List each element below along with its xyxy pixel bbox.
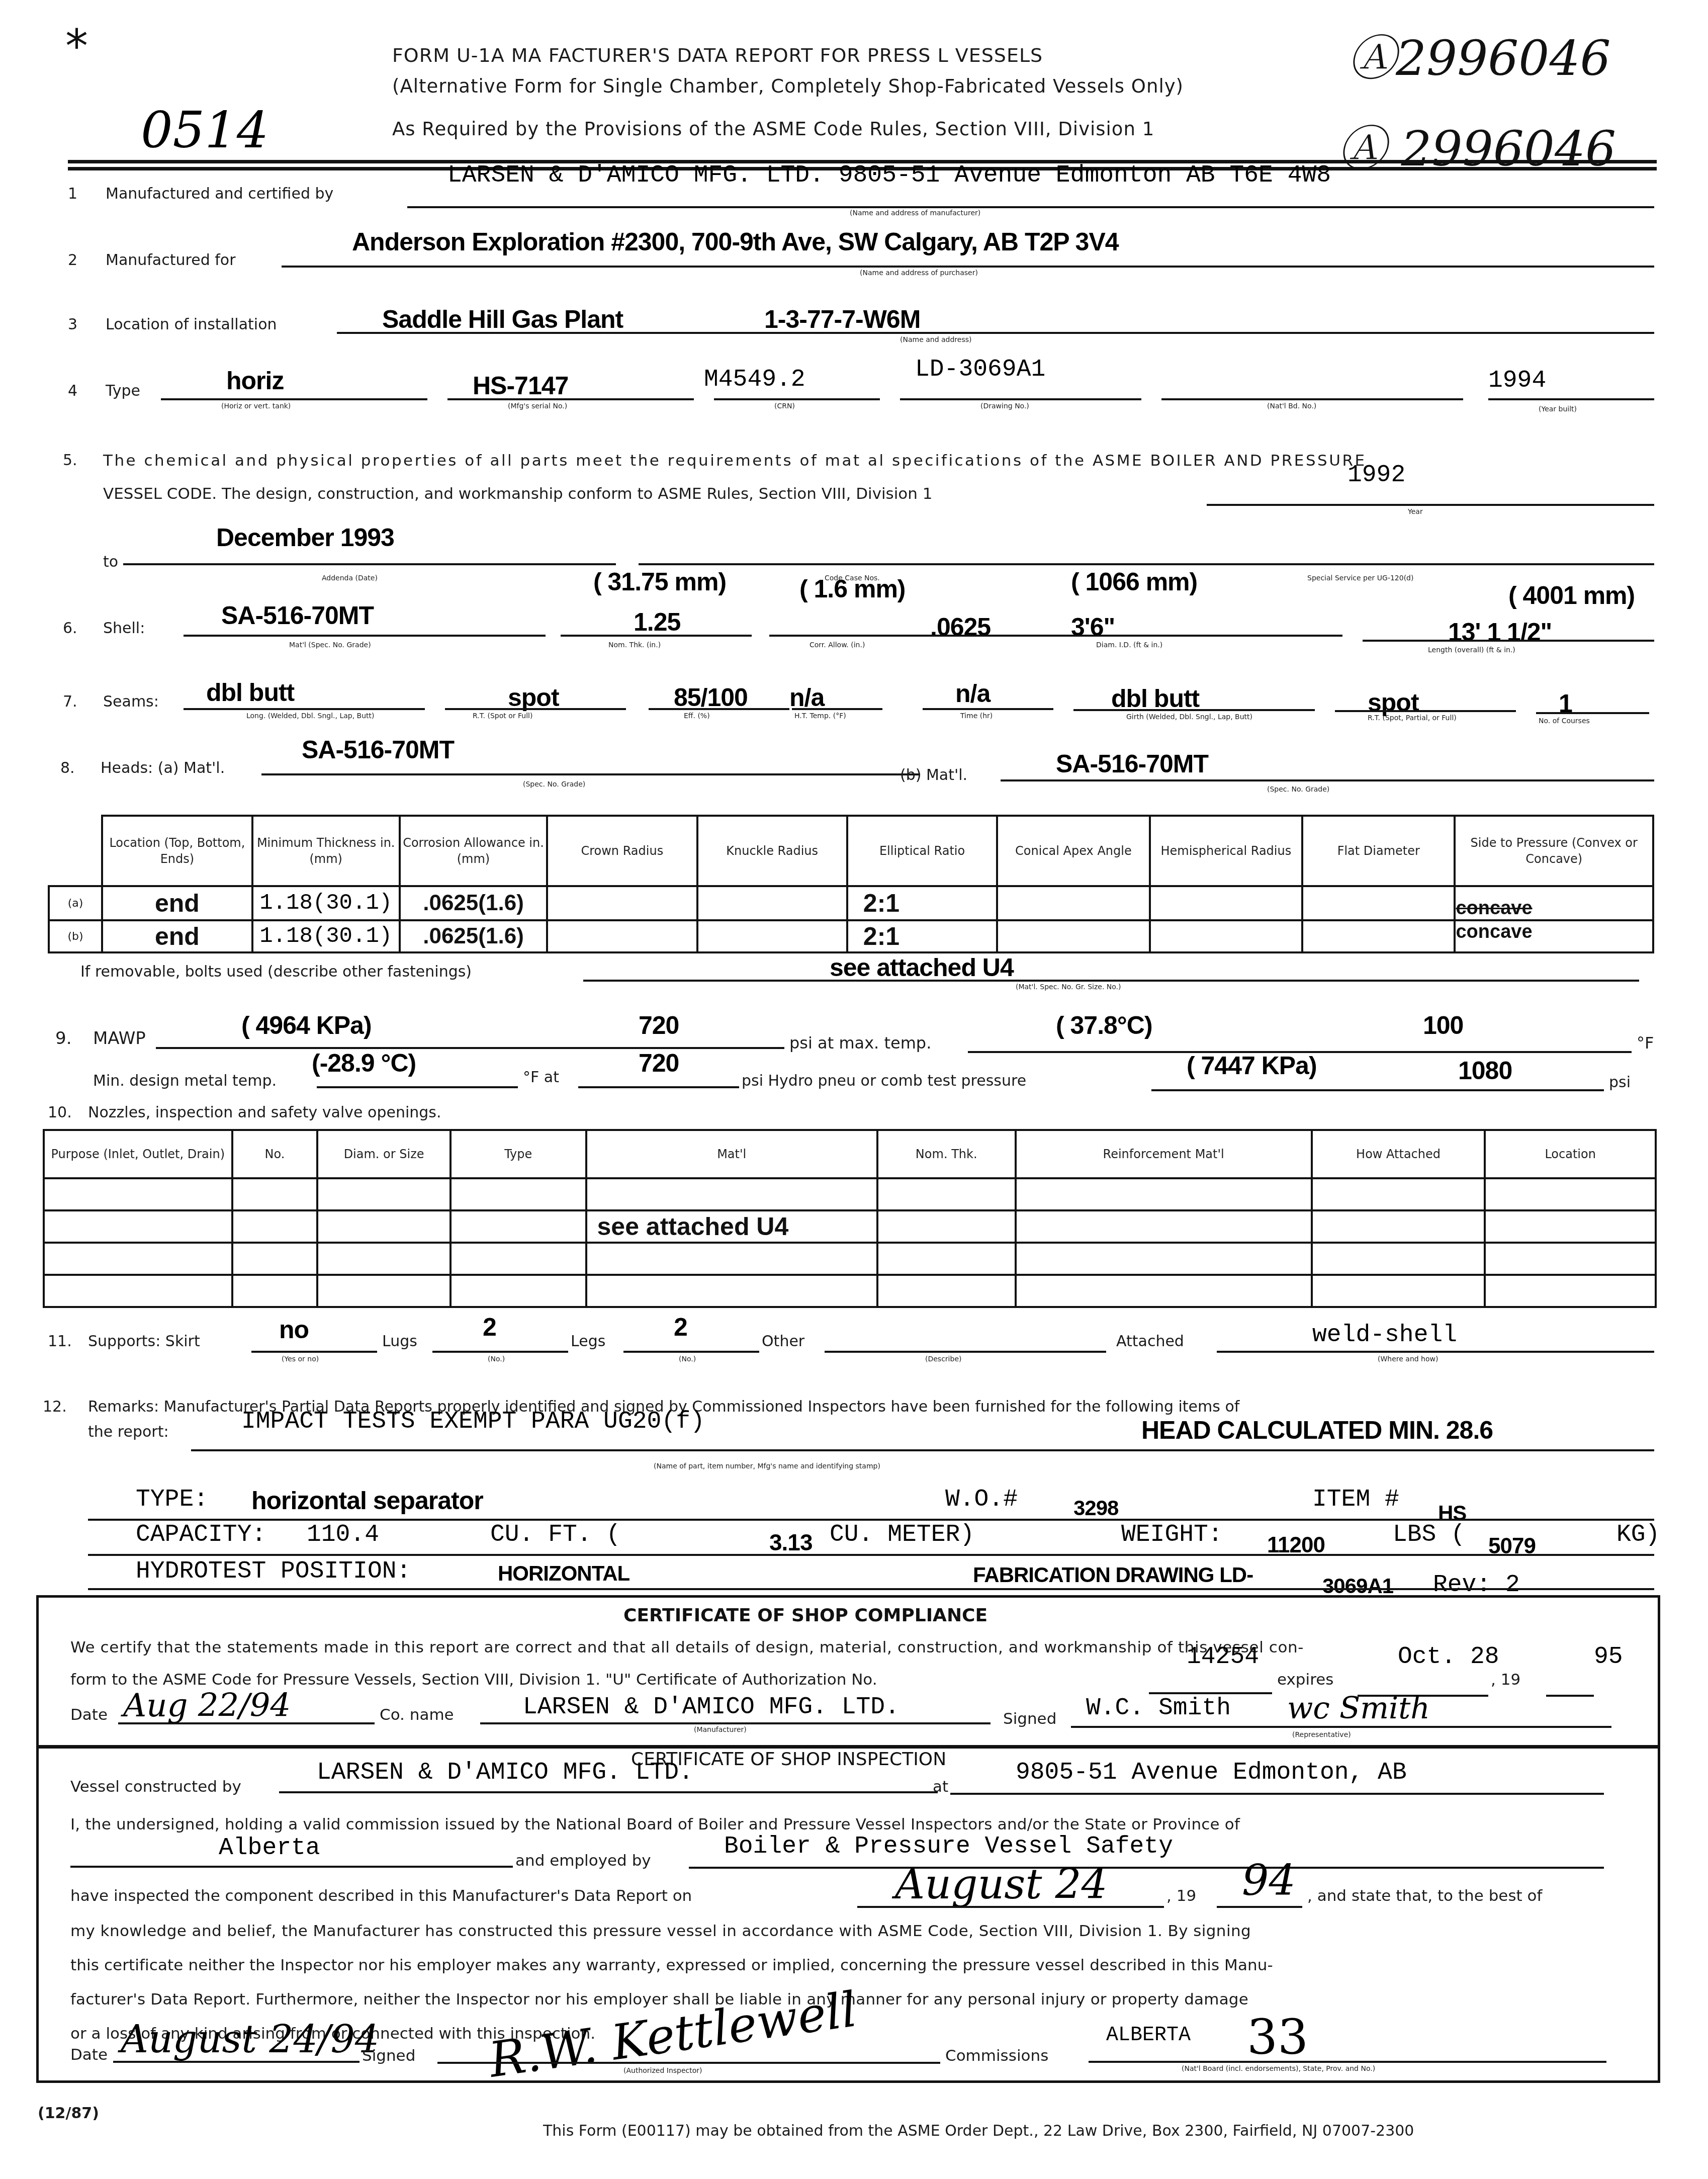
nozzle-cell[interactable] [877, 1275, 1016, 1307]
remarks-label-2: the report: [88, 1423, 169, 1441]
weight-label: WEIGHT: [1121, 1521, 1223, 1548]
type-caption: (Nat'l Bd. No.) [1267, 402, 1316, 410]
installation-caption: (Name and address) [900, 336, 971, 344]
co-name-underline [480, 1722, 991, 1724]
inspection-date-label: Date [70, 2046, 108, 2064]
seams-underline [923, 708, 1053, 710]
table-row [44, 1243, 1656, 1275]
shell-caption: Corr. Allow. (in.) [810, 641, 865, 649]
nozzle-cell[interactable] [451, 1210, 586, 1243]
fab-drawing-value[interactable]: 3069A1 [1322, 1574, 1393, 1598]
inspection-year-underline [1217, 1906, 1302, 1908]
purchaser-value[interactable]: Anderson Exploration #2300, 700-9th Ave,… [352, 227, 1119, 256]
nineteen-label: , 19 [1491, 1671, 1520, 1689]
code-year[interactable]: 1992 [1347, 462, 1405, 489]
seams-caption: No. of Courses [1539, 717, 1590, 725]
nozzle-cell[interactable] [232, 1210, 318, 1243]
co-name-value[interactable]: LARSEN & D'AMICO MFG. LTD. [523, 1694, 900, 1721]
compliance-text-1: We certify that the statements made in t… [70, 1638, 1304, 1657]
constructed-by-label: Vessel constructed by [70, 1778, 241, 1796]
to-label: to [103, 553, 118, 571]
nozzle-header-diam: Diam. or Size [317, 1130, 451, 1178]
nozzle-cell[interactable] [232, 1243, 318, 1275]
head-knuckle-radius[interactable] [697, 886, 847, 920]
shell-underline [1363, 640, 1654, 642]
seams-girth-rt[interactable]: spot [1368, 688, 1419, 717]
expires-label: expires [1277, 1671, 1333, 1689]
purchaser-label: Manufactured for [106, 251, 235, 269]
certificate-divider [36, 1745, 1658, 1749]
head-crown-radius[interactable] [547, 886, 697, 920]
skirt-underline [251, 1351, 377, 1353]
manufacturer-underline [407, 206, 1654, 208]
item-number: 5. [63, 452, 77, 469]
at-label: at [933, 1778, 948, 1796]
fab-drawing-rev[interactable]: Rev: 2 [1433, 1572, 1520, 1599]
nozzle-cell[interactable] [44, 1275, 232, 1307]
capacity-label: CAPACITY: [136, 1521, 266, 1548]
item-number: 1 [68, 185, 77, 203]
shell-corr-allow[interactable]: .0625 [930, 613, 991, 642]
addenda-date[interactable]: December 1993 [216, 523, 394, 552]
removable-caption: (Mat'l. Spec. No. Gr. Size. No.) [1016, 983, 1121, 991]
fab-drawing-label: FABRICATION DRAWING LD- [973, 1563, 1253, 1587]
type-caption: (CRN) [774, 402, 795, 410]
constructed-at-value[interactable]: 9805-51 Avenue Edmonton, AB [1016, 1759, 1407, 1786]
seams-label: Seams: [103, 693, 159, 711]
lugs-caption: (No.) [488, 1355, 505, 1363]
nozzle-cell[interactable] [232, 1275, 318, 1307]
employed-by-label: and employed by [515, 1852, 651, 1870]
heads-caption: (Spec. No. Grade) [523, 780, 585, 789]
nozzle-cell[interactable] [1312, 1178, 1485, 1210]
head-conical-angle[interactable] [997, 920, 1149, 952]
compliance-signed-caption: (Representative) [1292, 1731, 1351, 1739]
nozzle-cell[interactable] [317, 1210, 451, 1243]
mdmt-underline [317, 1086, 518, 1088]
type-caption: (Horiz or vert. tank) [221, 402, 291, 410]
nozzle-cell[interactable] [1016, 1275, 1312, 1307]
legs-value[interactable]: 2 [674, 1313, 687, 1342]
row-label: (b) [49, 920, 102, 952]
heads-a-material[interactable]: SA-516-70MT [302, 735, 454, 764]
shell-caption: Diam. I.D. (ft & in.) [1096, 641, 1162, 649]
seams-caption: Girth (Welded, Dbl. Sngl., Lap, Butt) [1126, 713, 1252, 721]
mawp-metric[interactable]: ( 4964 KPa) [241, 1011, 372, 1040]
heads-header-location: Location (Top, Bottom, Ends) [102, 816, 252, 886]
handwritten-code: 0514 [141, 101, 269, 159]
year-underline [1207, 504, 1654, 506]
seams-caption: Eff. (%) [684, 712, 710, 720]
shell-length[interactable]: 13' 1 1/2" [1448, 618, 1552, 647]
shell-caption: Mat'l (Spec. No. Grade) [289, 641, 371, 649]
capacity-value[interactable]: 110.4 [307, 1521, 379, 1548]
remarks-underline [191, 1449, 1654, 1451]
seams-caption: Time (hr) [960, 712, 993, 720]
seams-caption: Long. (Welded, Dbl. Sngl., Lap, Butt) [246, 712, 374, 720]
shell-caption: Nom. Thk. (in.) [608, 641, 661, 649]
psi-at-max-temp-label: psi at max. temp. [789, 1033, 931, 1053]
nozzle-cell[interactable] [451, 1178, 586, 1210]
expires-date[interactable]: Oct. 28 [1398, 1643, 1499, 1671]
heads-table-header-row: Location (Top, Bottom, Ends) Minimum Thi… [49, 816, 1653, 886]
heads-caption: (Spec. No. Grade) [1267, 786, 1329, 794]
test-pressure-metric[interactable]: ( 7447 KPa) [1187, 1051, 1317, 1080]
seams-caption: R.T. (Spot, Partial, or Full) [1368, 714, 1457, 722]
seams-underline [649, 708, 789, 710]
legs-underline [623, 1351, 759, 1353]
nozzle-cell[interactable] [44, 1210, 232, 1243]
inspector-statement-2a: have inspected the component described i… [70, 1887, 692, 1905]
mawp-psi[interactable]: 720 [639, 1011, 679, 1040]
inspector-employer[interactable]: Boiler & Pressure Vessel Safety [724, 1833, 1173, 1860]
seams-underline [792, 708, 882, 710]
form-subtitle: (Alternative Form for Single Chamber, Co… [392, 75, 1184, 97]
nozzle-cell[interactable] [1016, 1210, 1312, 1243]
seams-underline [1536, 712, 1649, 714]
type-underline [714, 398, 880, 400]
nozzle-cell[interactable] [1485, 1210, 1656, 1243]
heads-header-side-pressure: Side to Pressure (Convex or Concave) [1455, 816, 1653, 886]
cum-value[interactable]: 3.13 [769, 1529, 813, 1556]
nozzle-header-reinforcement: Reinforcement Mat'l [1016, 1130, 1312, 1178]
shell-underline [184, 635, 546, 637]
type-underline [900, 398, 1141, 400]
legs-label: Legs [571, 1333, 605, 1350]
constructed-at-underline [950, 1793, 1604, 1795]
type-year[interactable]: 1994 [1488, 367, 1546, 394]
commissions-label: Commissions [945, 2047, 1048, 2065]
lugs-label: Lugs [382, 1333, 417, 1350]
type-orientation[interactable]: horiz [226, 366, 284, 395]
nozzle-cell[interactable] [586, 1178, 877, 1210]
inspection-signed-label: Signed [362, 2047, 415, 2065]
nozzle-header-purpose: Purpose (Inlet, Outlet, Drain) [44, 1130, 232, 1178]
deg-f-at-label: °F at [523, 1069, 559, 1086]
heads-header-min-thickness: Minimum Thickness in. (mm) [252, 816, 400, 886]
type-caption: (Year built) [1539, 405, 1577, 413]
remarks-caption: (Name of part, item number, Mfg's name a… [654, 1462, 880, 1470]
nozzle-cell[interactable] [586, 1275, 877, 1307]
year-caption: Year [1408, 508, 1423, 516]
supports-skirt-label: Supports: Skirt [88, 1333, 200, 1350]
heads-header-crown-radius: Crown Radius [547, 816, 697, 886]
mdmt-label: Min. design metal temp. [93, 1072, 277, 1090]
heads-header-hemispherical: Hemispherical Radius [1150, 816, 1302, 886]
type-underline [447, 398, 694, 400]
item-number: 4 [68, 382, 77, 400]
heads-header-knuckle-radius: Knuckle Radius [697, 816, 847, 886]
table-row: (a) end 1.18(30.1) .0625(1.6) 2:1 concav… [49, 886, 1653, 920]
head-hemispherical[interactable] [1150, 886, 1302, 920]
installation-location[interactable]: 1-3-77-7-W6M [764, 305, 920, 334]
auth-underline [1149, 1692, 1272, 1694]
head-conical-angle[interactable] [997, 886, 1149, 920]
item-label: ITEM # [1312, 1486, 1399, 1513]
nozzle-header-matl: Mat'l [586, 1130, 877, 1178]
nozzle-cell[interactable] [877, 1243, 1016, 1275]
compliance-title: CERTIFICATE OF SHOP COMPLIANCE [623, 1605, 987, 1626]
code-statement-line2: VESSEL CODE. The design, construction, a… [103, 485, 933, 503]
head-knuckle-radius[interactable] [697, 920, 847, 952]
seams-underline [445, 708, 626, 710]
head-side-pressure[interactable]: concave [1455, 920, 1653, 952]
head-min-thickness[interactable]: 1.18(30.1) [252, 886, 400, 920]
wo-value[interactable]: 3298 [1073, 1496, 1118, 1520]
nozzle-cell[interactable] [1485, 1275, 1656, 1307]
heads-b-label: (b) Mat'l. [900, 766, 967, 784]
inspection-signed-caption: (Authorized Inspector) [623, 2067, 702, 2075]
seams-underline [184, 708, 425, 710]
nozzle-cell[interactable] [232, 1178, 318, 1210]
employer-underline [689, 1867, 1604, 1869]
head-side-pressure[interactable]: concave [1455, 886, 1653, 920]
type-underline [88, 1519, 1654, 1521]
deg-f-label: °F [1637, 1033, 1654, 1053]
test-pressure-psi[interactable]: 1080 [1458, 1056, 1512, 1085]
attached-underline [1217, 1351, 1654, 1353]
cuft-label: CU. FT. ( [490, 1521, 620, 1548]
remarks-impact-tests[interactable]: IMPACT TESTS EXEMPT PARA UG20(f) [241, 1408, 705, 1435]
purchaser-underline [282, 266, 1654, 268]
nozzle-cell[interactable] [317, 1275, 451, 1307]
constructed-by-underline [279, 1791, 938, 1793]
lugs-value[interactable]: 2 [483, 1313, 496, 1342]
mdmt-psi[interactable]: 720 [639, 1049, 679, 1078]
expires-year[interactable]: 95 [1594, 1643, 1623, 1671]
form-requirement: As Required by the Provisions of the ASM… [392, 118, 1154, 140]
nozzle-header-no: No. [232, 1130, 318, 1178]
type-drawing[interactable]: LD-3069A1 [915, 356, 1045, 383]
code-case-underline [639, 563, 1654, 565]
lbs-label: LBS ( [1393, 1521, 1465, 1548]
removable-label: If removable, bolts used (describe other… [80, 963, 472, 981]
type-caption: (Mfg's serial No.) [508, 402, 567, 410]
heads-b-underline [1001, 779, 1654, 781]
co-name-caption: (Manufacturer) [694, 1726, 747, 1734]
table-row: (b) end 1.18(30.1) .0625(1.6) 2:1 concav… [49, 920, 1653, 952]
item-number: 6. [63, 620, 77, 637]
compliance-signed-label: Signed [1003, 1710, 1056, 1728]
commission-value[interactable]: ALBERTA [1106, 2024, 1191, 2047]
attached-value[interactable]: weld-shell [1312, 1322, 1457, 1349]
removable-value[interactable]: see attached U4 [830, 953, 1014, 982]
item-number: 2 [68, 251, 77, 269]
inspection-sign-date[interactable]: August 24/94 [121, 2017, 379, 2061]
test-pressure-underline [1151, 1089, 1604, 1091]
province-underline [70, 1866, 513, 1868]
skirt-value[interactable]: no [279, 1315, 309, 1344]
attached-label: Attached [1116, 1333, 1184, 1350]
nozzle-header-nom-thk: Nom. Thk. [877, 1130, 1016, 1178]
hydro-label: psi Hydro pneu or comb test pressure [742, 1072, 1026, 1090]
item-number: 12. [43, 1398, 67, 1416]
max-temp-f[interactable]: 100 [1423, 1011, 1463, 1040]
stamp-number-top: Ⓐ2996046 [1347, 20, 1611, 89]
nozzles-table: Purpose (Inlet, Outlet, Drain) No. Diam.… [43, 1129, 1657, 1308]
cum-label: CU. METER) [830, 1521, 974, 1548]
shell-material[interactable]: SA-516-70MT [221, 601, 374, 630]
nozzle-matl-value[interactable]: see attached U4 [586, 1210, 877, 1243]
inspection-date[interactable]: August 24 [895, 1861, 1108, 1908]
inspector-statement-4: this certificate neither the Inspector n… [70, 1956, 1273, 1974]
mdmt-psi-underline [578, 1086, 739, 1088]
heads-b-material[interactable]: SA-516-70MT [1056, 749, 1208, 778]
table-row [44, 1275, 1656, 1307]
inspector-statement-2b: , and state that, to the best of [1307, 1887, 1542, 1905]
other-underline [825, 1351, 1106, 1353]
seams-long[interactable]: dbl butt [206, 678, 294, 707]
nozzle-cell[interactable] [44, 1243, 232, 1275]
item-number: 3 [68, 316, 77, 333]
type-value[interactable]: horizontal separator [251, 1486, 483, 1515]
table-row: see attached U4 [44, 1210, 1656, 1243]
nozzle-cell[interactable] [1485, 1243, 1656, 1275]
heads-table: Location (Top, Bottom, Ends) Minimum Thi… [48, 815, 1654, 953]
item-number: 10. [48, 1104, 72, 1121]
item-number: 9. [55, 1028, 71, 1049]
nozzle-cell[interactable] [451, 1243, 586, 1275]
kg-label: KG) [1616, 1521, 1660, 1548]
nozzle-cell[interactable] [586, 1243, 877, 1275]
type-underline [1488, 398, 1654, 400]
shell-caption: Length (overall) (ft & in.) [1428, 646, 1515, 654]
head-elliptical-ratio[interactable]: 2:1 [847, 886, 997, 920]
inspection-signed-underline [437, 2062, 940, 2064]
seams-time[interactable]: n/a [955, 679, 990, 708]
table-row [44, 1178, 1656, 1210]
shell-corr-metric[interactable]: ( 1.6 mm) [799, 574, 906, 603]
form-order-note: This Form (E00117) may be obtained from … [543, 2122, 1414, 2140]
shell-nom-thk[interactable]: 1.25 [634, 607, 680, 637]
manufacturer-label: Manufactured and certified by [106, 185, 333, 203]
shell-label: Shell: [103, 620, 145, 637]
inspection-date-underline [857, 1906, 1164, 1908]
manufacturer-value[interactable]: LARSEN & D'AMICO MFG. LTD. 9805-51 Avenu… [447, 162, 1331, 189]
head-location[interactable]: end [102, 920, 252, 952]
nozzle-cell[interactable] [317, 1243, 451, 1275]
wo-label: W.O.# [945, 1486, 1018, 1513]
mawp-label: MAWP [93, 1028, 146, 1049]
nozzle-cell[interactable] [317, 1178, 451, 1210]
head-min-thickness[interactable]: 1.18(30.1) [252, 920, 400, 952]
compliance-signed-underline [1071, 1726, 1611, 1728]
inspector-province[interactable]: Alberta [219, 1835, 320, 1862]
head-location[interactable]: end [102, 886, 252, 920]
compliance-signature[interactable]: wc Smith [1287, 1691, 1430, 1726]
purchaser-caption: (Name and address of purchaser) [860, 269, 978, 277]
lugs-underline [432, 1351, 568, 1353]
special-service-caption: Special Service per UG-120(d) [1307, 574, 1413, 582]
commission-number[interactable]: 33 [1247, 2009, 1308, 2065]
heads-header-conical-angle: Conical Apex Angle [997, 816, 1149, 886]
heads-header-corrosion: Corrosion Allowance in. (mm) [400, 816, 547, 886]
type-underline [161, 398, 427, 400]
shell-thk-metric[interactable]: ( 31.75 mm) [593, 567, 726, 596]
head-crown-radius[interactable] [547, 920, 697, 952]
type-underline [1161, 398, 1463, 400]
hydrotest-label: HYDROTEST POSITION: [136, 1558, 411, 1585]
shell-underline [561, 635, 752, 637]
seams-underline [1335, 710, 1516, 712]
hydrotest-value[interactable]: HORIZONTAL [498, 1561, 630, 1586]
head-corrosion[interactable]: .0625(1.6) [400, 920, 547, 952]
compliance-signed-name[interactable]: W.C. Smith [1086, 1695, 1231, 1722]
item-number: 8. [60, 759, 75, 777]
nozzles-header-row: Purpose (Inlet, Outlet, Drain) No. Diam.… [44, 1130, 1656, 1178]
mawp-underline [156, 1047, 784, 1049]
type-caption: (Drawing No.) [980, 402, 1029, 410]
other-label: Other [762, 1333, 804, 1350]
skirt-caption: (Yes or no) [282, 1355, 319, 1363]
nozzle-cell[interactable] [1016, 1243, 1312, 1275]
installation-label: Location of installation [106, 316, 277, 333]
remarks-head-min[interactable]: HEAD CALCULATED MIN. 28.6 [1141, 1416, 1493, 1445]
head-flat-diameter[interactable] [1302, 920, 1455, 952]
removable-underline [583, 980, 1639, 982]
nozzle-header-type: Type [451, 1130, 586, 1178]
seams-underline [1073, 709, 1315, 711]
manufacturer-caption: (Name and address of manufacturer) [850, 209, 980, 217]
nozzle-cell[interactable] [877, 1178, 1016, 1210]
type-crn[interactable]: M4549.2 [704, 366, 805, 393]
inspector-statement-3: my knowledge and belief, the Manufacture… [70, 1922, 1251, 1940]
nozzle-cell[interactable] [451, 1275, 586, 1307]
addenda-caption: Addenda (Date) [322, 574, 378, 582]
nozzle-cell[interactable] [1485, 1178, 1656, 1210]
seams-caption: H.T. Temp. (°F) [794, 712, 846, 720]
compliance-date[interactable]: Aug 22/94 [123, 1687, 291, 1724]
shell-diameter[interactable]: 3'6" [1071, 613, 1115, 642]
co-name-label: Co. name [380, 1706, 454, 1724]
type-label: Type [106, 382, 140, 400]
heads-a-underline [261, 773, 920, 775]
seams-caption: R.T. (Spot or Full) [473, 712, 532, 720]
nozzle-cell[interactable] [877, 1210, 1016, 1243]
mdmt-metric[interactable]: (-28.9 °C) [312, 1049, 416, 1078]
head-hemispherical[interactable] [1150, 920, 1302, 952]
authorization-number[interactable]: 14254 [1187, 1643, 1259, 1671]
compliance-date-label: Date [70, 1706, 108, 1724]
code-statement-line1: The chemical and physical properties of … [103, 452, 1367, 470]
nozzle-cell[interactable] [1312, 1210, 1485, 1243]
expires-year-underline [1546, 1695, 1594, 1697]
legs-caption: (No.) [679, 1355, 696, 1363]
nozzle-cell[interactable] [1312, 1243, 1485, 1275]
type-serial[interactable]: HS-7147 [473, 371, 568, 400]
installation-name[interactable]: Saddle Hill Gas Plant [382, 305, 623, 334]
inspection-sign-date-underline [113, 2061, 359, 2063]
addenda-underline [123, 563, 616, 565]
head-flat-diameter[interactable] [1302, 886, 1455, 920]
constructed-by-value[interactable]: LARSEN & D'AMICO MFG. LTD. [317, 1759, 693, 1786]
max-temp-metric[interactable]: ( 37.8°C) [1056, 1011, 1152, 1040]
head-corrosion[interactable]: .0625(1.6) [400, 886, 547, 920]
nozzle-cell[interactable] [44, 1178, 232, 1210]
nozzle-cell[interactable] [1312, 1275, 1485, 1307]
inspection-year[interactable]: 94 [1242, 1856, 1296, 1905]
head-elliptical-ratio[interactable]: 2:1 [847, 920, 997, 952]
shell-diam-metric[interactable]: ( 1066 mm) [1071, 567, 1197, 596]
item-number: 7. [63, 693, 77, 711]
heads-header-cell [49, 816, 102, 886]
heads-a-label: Heads: (a) Mat'l. [101, 759, 225, 777]
commissions-caption: (Nat'l Board (incl. endorsements), State… [1182, 2065, 1375, 2073]
commissions-underline [1089, 2061, 1606, 2063]
shell-length-metric[interactable]: ( 4001 mm) [1508, 581, 1635, 610]
compliance-date-underline [118, 1722, 375, 1724]
nozzle-cell[interactable] [1016, 1178, 1312, 1210]
